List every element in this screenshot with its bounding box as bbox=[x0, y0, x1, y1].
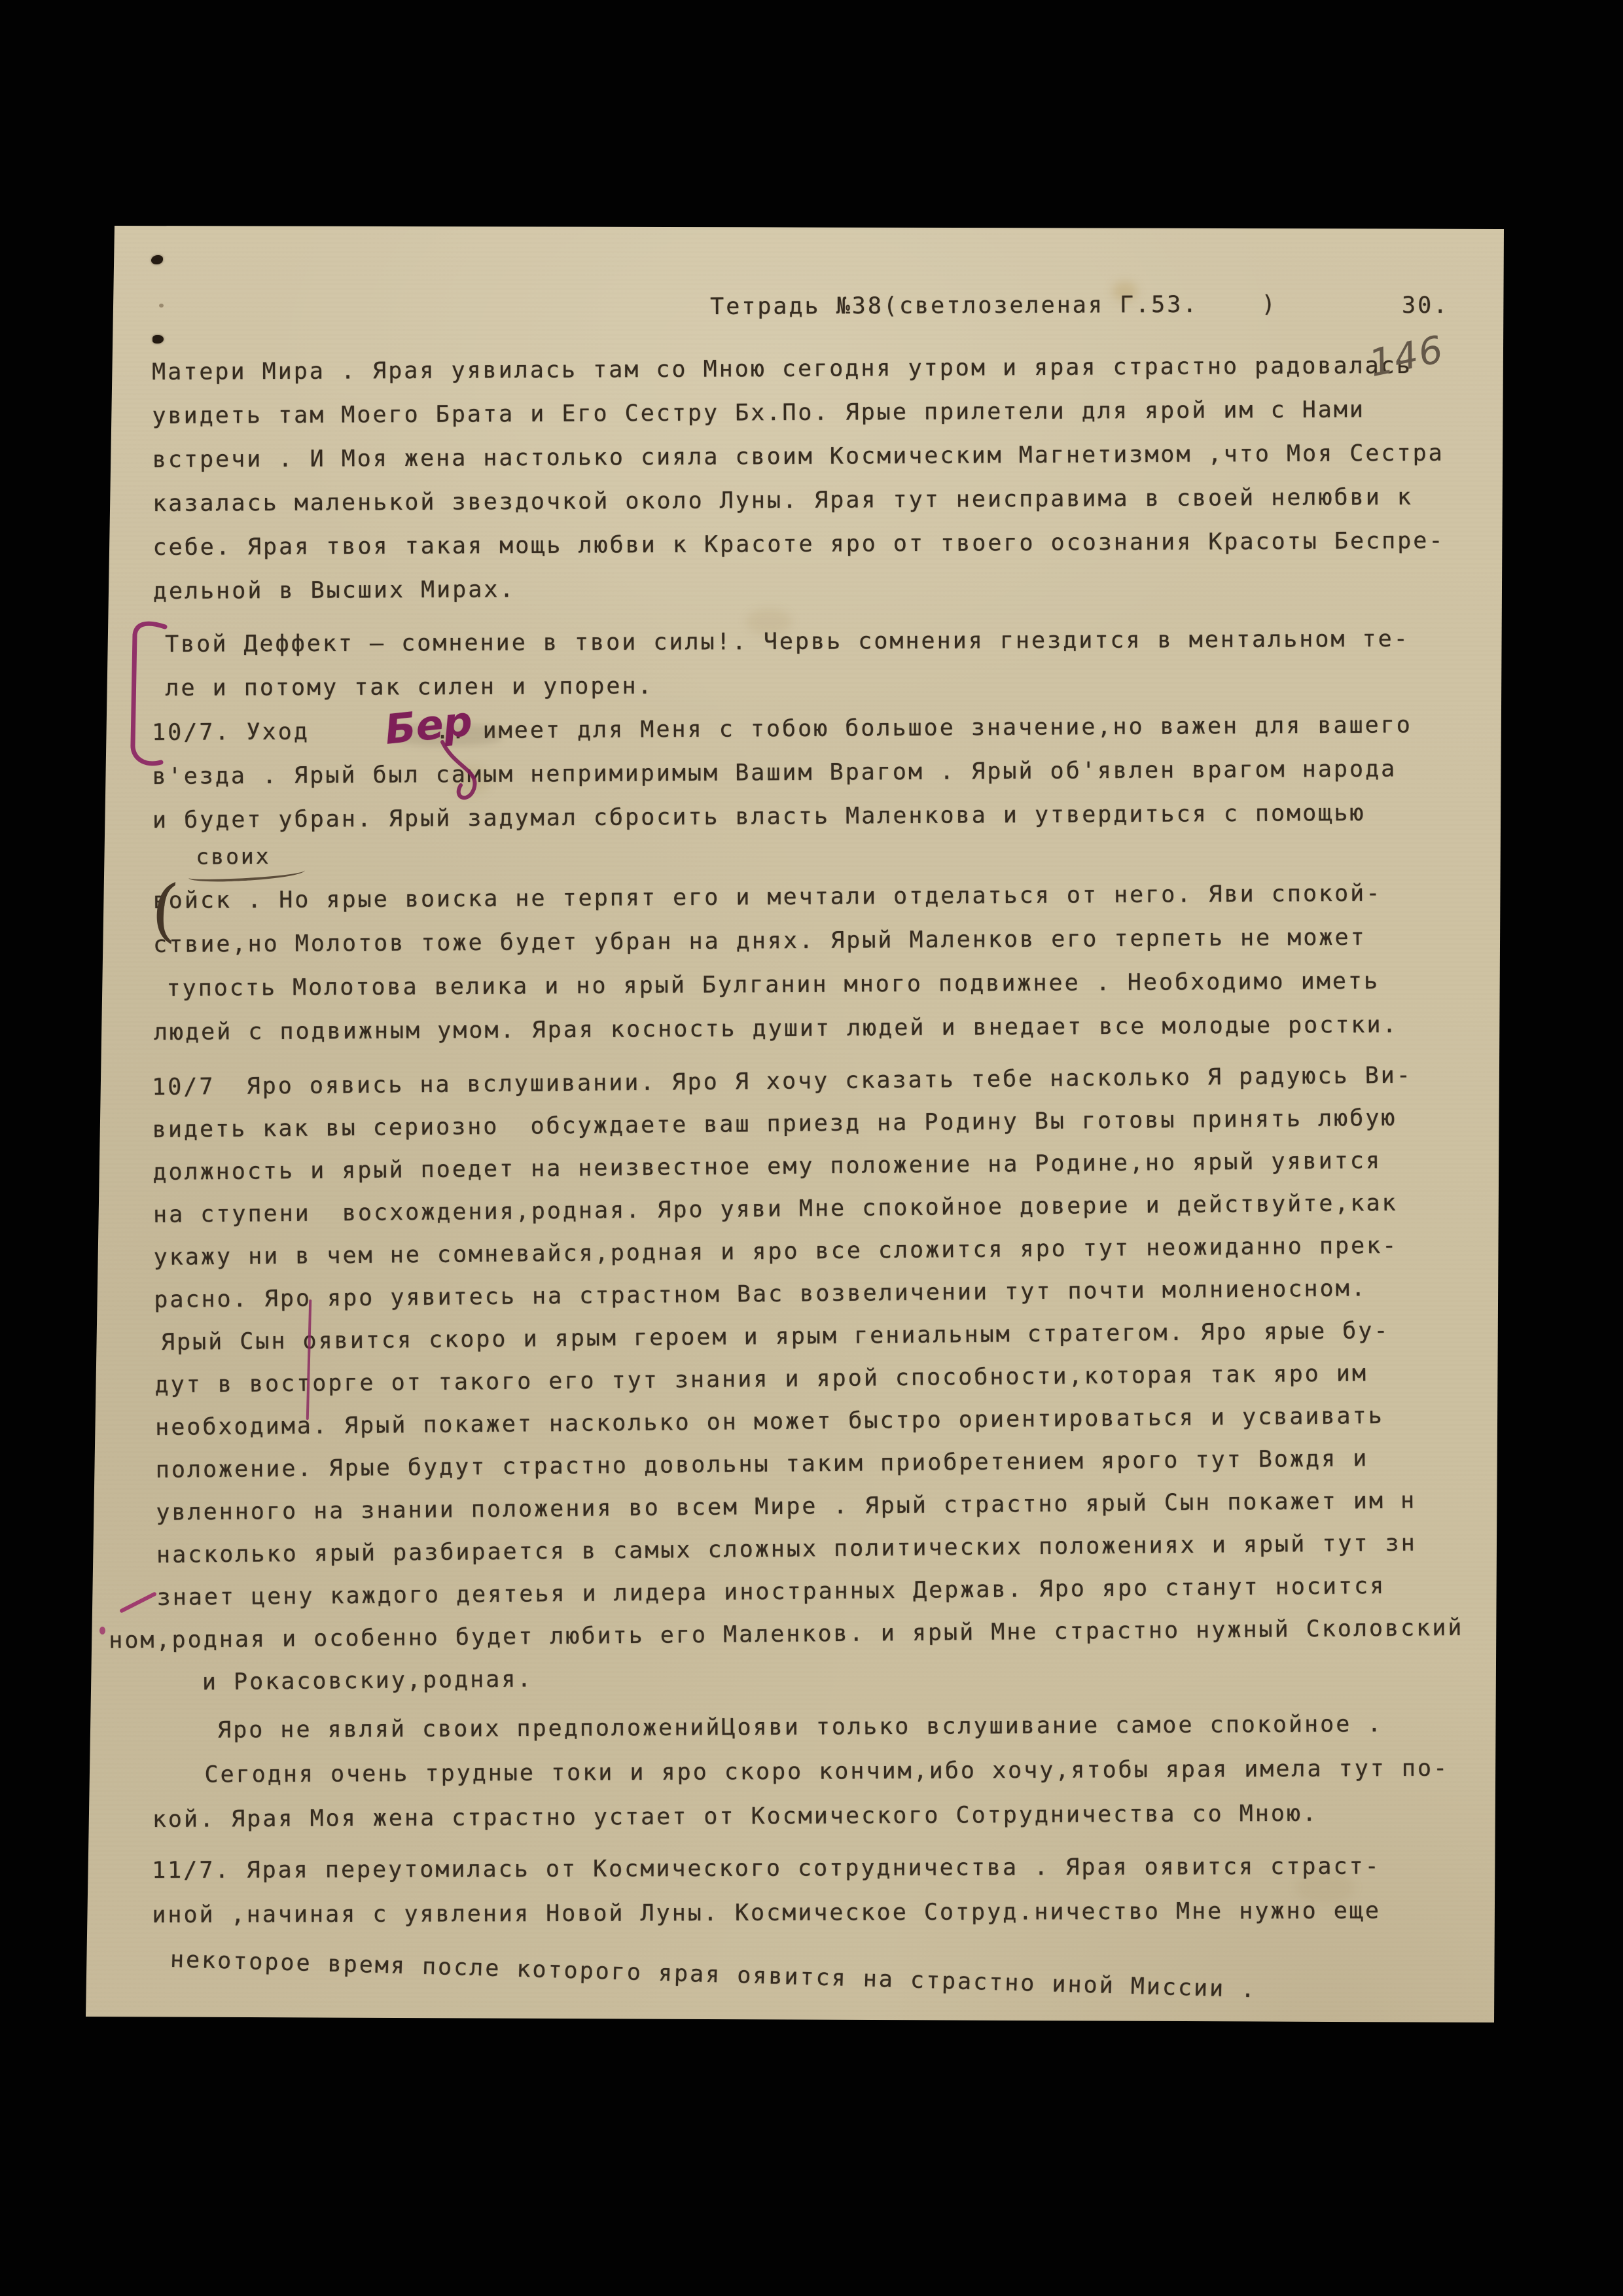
typed-line: Ярый Сын оявится скоро и ярым героем и я… bbox=[161, 1320, 1390, 1354]
typed-line: должность и ярый поедет на неизвестное е… bbox=[152, 1150, 1382, 1184]
typed-line: дельной в Высших Мирах. bbox=[153, 578, 516, 603]
typed-line: некоторое время после которого ярая ояви… bbox=[169, 1949, 1257, 2002]
typed-line: увленного на знании положения во всем Ми… bbox=[156, 1489, 1416, 1524]
typed-line: и Рокасовскиу,родная. bbox=[202, 1668, 533, 1694]
typed-line: своих bbox=[196, 845, 271, 868]
typed-line: кой. Ярая Моя жена страстно устает от Ко… bbox=[152, 1803, 1318, 1831]
typed-line: Твой Деффект – сомнение в твои силы!. Че… bbox=[165, 628, 1410, 656]
typed-line: на ступени восхождения,родная. Яро уяви … bbox=[153, 1192, 1398, 1227]
typed-line: тупость Молотова велика и но ярый Булган… bbox=[166, 970, 1380, 1000]
typed-line: знает цену каждого деятеья и лидера инос… bbox=[156, 1575, 1385, 1610]
typed-line: иной ,начиная с уявления Новой Луны. Кос… bbox=[152, 1899, 1381, 1927]
margin-bracket-mark bbox=[123, 618, 178, 777]
typed-line: дут в восторге от такого его тут знания … bbox=[154, 1362, 1368, 1397]
typed-line: Яро не являй своих предположенийЦояви то… bbox=[217, 1713, 1383, 1742]
notebook-title: Тетрадь №38(светлозеленая Г.53. ) bbox=[710, 293, 1277, 319]
typed-line: ствие,но Молотов тоже будет убран на дня… bbox=[153, 927, 1366, 957]
typed-line: ле и потому так силен и упорен. bbox=[165, 675, 653, 700]
typed-line: Сегодня очень трудные токи и яро скоро к… bbox=[204, 1757, 1449, 1787]
page-number-typed: 30. bbox=[1402, 294, 1449, 317]
handwritten-paren-mark: ( bbox=[149, 875, 181, 945]
typed-line: войск . Но ярые воиска не терпят его и м… bbox=[153, 883, 1382, 913]
typed-line: 10/7 Яро оявись на вслушивании. Яро Я хо… bbox=[152, 1065, 1412, 1099]
typed-line: видеть как вы сериозно обсуждаете ваш пр… bbox=[152, 1107, 1397, 1142]
scrawl-flourish bbox=[424, 738, 503, 817]
typed-line: увидеть там Моего Брата и Его Сестру Бх.… bbox=[152, 398, 1365, 428]
typed-line: ном,родная и особенно будет любить его М… bbox=[109, 1617, 1463, 1653]
typed-line: необходима. Ярый покажет насколько он мо… bbox=[155, 1405, 1384, 1439]
magenta-dot-mark bbox=[99, 1627, 105, 1634]
typed-line: укажу ни в чем не сомневайся,родная и яр… bbox=[153, 1235, 1398, 1269]
typed-line: людей с подвижным умом. Ярая косность ду… bbox=[154, 1014, 1399, 1044]
typed-line: насколько ярый разбирается в самых сложн… bbox=[156, 1532, 1417, 1566]
typed-line: встречи . И Моя жена настолько сияла сво… bbox=[152, 442, 1444, 472]
typed-line: 11/7. Ярая переутомилась от Космического… bbox=[152, 1855, 1381, 1882]
typed-line: 10/7. Уход .. имеет для Меня с тобою бол… bbox=[152, 714, 1412, 745]
typed-line: положение. Ярые будут страстно довольны … bbox=[156, 1447, 1369, 1482]
typed-line: и будет убран. Ярый задумал сбросить вла… bbox=[152, 802, 1366, 832]
typed-line: Матери Мира . Ярая уявилась там со Мною … bbox=[152, 355, 1412, 384]
typed-line: казалась маленькой звездочкой около Луны… bbox=[152, 486, 1413, 516]
typed-line: себе. Ярая твоя такая мощь любви к Красо… bbox=[152, 530, 1444, 559]
typed-line: расно. Яро яро уявитесь на страстном Вас… bbox=[154, 1277, 1367, 1312]
typed-line: в'езда . Ярый был самым непримиримым Ваш… bbox=[152, 758, 1397, 788]
scanned-page-photo: Тетрадь №38(светлозеленая Г.53. ) 30. Ма… bbox=[0, 0, 1623, 2296]
